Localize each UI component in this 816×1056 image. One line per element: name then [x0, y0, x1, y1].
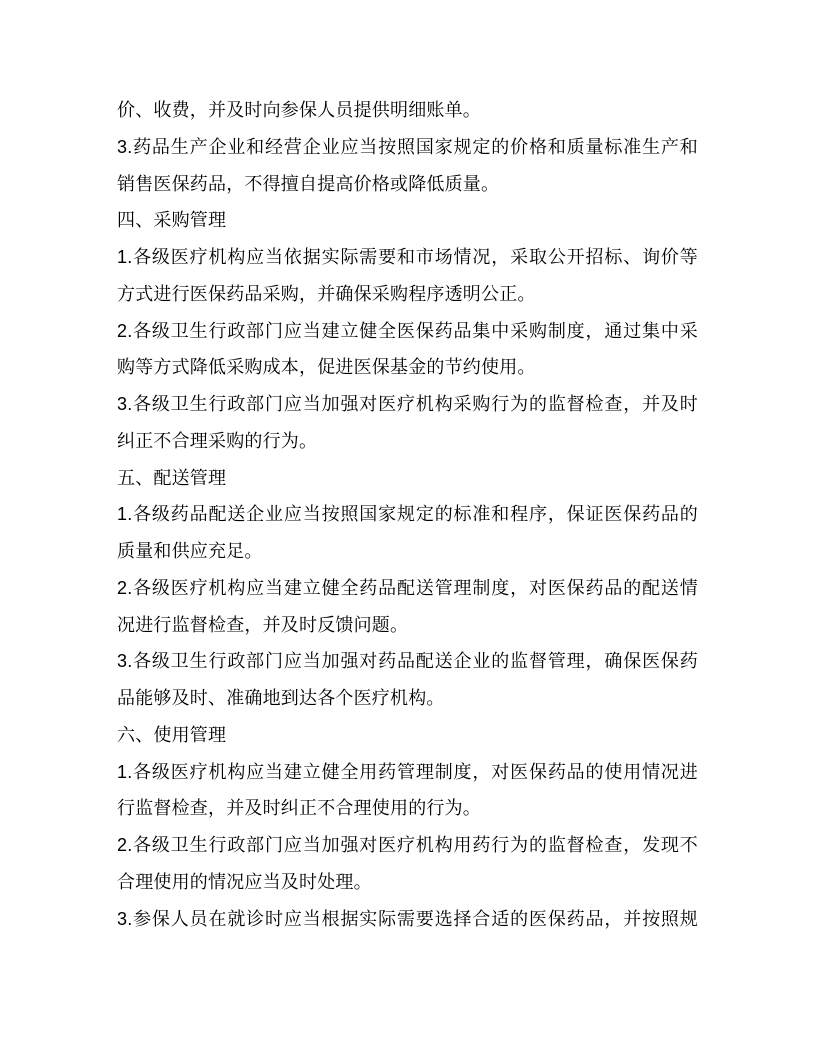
paragraph: 3.参保人员在就诊时应当根据实际需要选择合适的医保药品，并按照规 [117, 901, 698, 938]
text-line: 1.各级医疗机构应当建立健全用药管理制度，对医保药品的使用情况进 [117, 754, 698, 791]
text-line: 销售医保药品，不得擅自提高价格或降低质量。 [117, 166, 698, 203]
paragraph: 1.各级医疗机构应当建立健全用药管理制度，对医保药品的使用情况进行监督检查，并及… [117, 754, 698, 828]
text-line: 1.各级医疗机构应当依据实际需要和市场情况，采取公开招标、询价等 [117, 239, 698, 276]
text-line: 2.各级卫生行政部门应当建立健全医保药品集中采购制度，通过集中采 [117, 313, 698, 350]
text-line: 3.各级卫生行政部门应当加强对医疗机构采购行为的监督检查，并及时 [117, 386, 698, 423]
paragraph: 1.各级药品配送企业应当按照国家规定的标准和程序，保证医保药品的质量和供应充足。 [117, 496, 698, 570]
section-heading: 五、配送管理 [117, 460, 698, 497]
paragraph: 1.各级医疗机构应当依据实际需要和市场情况，采取公开招标、询价等方式进行医保药品… [117, 239, 698, 313]
paragraph: 3.各级卫生行政部门应当加强对药品配送企业的监督管理，确保医保药品能够及时、准确… [117, 643, 698, 717]
text-line: 3.参保人员在就诊时应当根据实际需要选择合适的医保药品，并按照规 [117, 901, 698, 938]
text-line: 2.各级卫生行政部门应当加强对医疗机构用药行为的监督检查，发现不 [117, 827, 698, 864]
text-line: 方式进行医保药品采购，并确保采购程序透明公正。 [117, 276, 698, 313]
paragraph: 2.各级医疗机构应当建立健全药品配送管理制度，对医保药品的配送情况进行监督检查，… [117, 570, 698, 644]
section-heading: 六、使用管理 [117, 717, 698, 754]
paragraph: 3.药品生产企业和经营企业应当按照国家规定的价格和质量标准生产和销售医保药品，不… [117, 129, 698, 203]
paragraph: 价、收费，并及时向参保人员提供明细账单。 [117, 92, 698, 129]
paragraph: 2.各级卫生行政部门应当建立健全医保药品集中采购制度，通过集中采购等方式降低采购… [117, 313, 698, 387]
text-line: 纠正不合理采购的行为。 [117, 423, 698, 460]
document-page: 价、收费，并及时向参保人员提供明细账单。3.药品生产企业和经营企业应当按照国家规… [0, 0, 816, 1056]
text-line: 3.药品生产企业和经营企业应当按照国家规定的价格和质量标准生产和 [117, 129, 698, 166]
text-line: 行监督检查，并及时纠正不合理使用的行为。 [117, 790, 698, 827]
text-line: 购等方式降低采购成本，促进医保基金的节约使用。 [117, 349, 698, 386]
text-line: 况进行监督检查，并及时反馈问题。 [117, 607, 698, 644]
document-body: 价、收费，并及时向参保人员提供明细账单。3.药品生产企业和经营企业应当按照国家规… [117, 92, 698, 937]
text-line: 六、使用管理 [117, 717, 698, 754]
text-line: 2.各级医疗机构应当建立健全药品配送管理制度，对医保药品的配送情 [117, 570, 698, 607]
text-line: 四、采购管理 [117, 202, 698, 239]
section-heading: 四、采购管理 [117, 202, 698, 239]
text-line: 1.各级药品配送企业应当按照国家规定的标准和程序，保证医保药品的 [117, 496, 698, 533]
text-line: 合理使用的情况应当及时处理。 [117, 864, 698, 901]
text-line: 3.各级卫生行政部门应当加强对药品配送企业的监督管理，确保医保药 [117, 643, 698, 680]
text-line: 品能够及时、准确地到达各个医疗机构。 [117, 680, 698, 717]
paragraph: 2.各级卫生行政部门应当加强对医疗机构用药行为的监督检查，发现不合理使用的情况应… [117, 827, 698, 901]
text-line: 价、收费，并及时向参保人员提供明细账单。 [117, 92, 698, 129]
text-line: 质量和供应充足。 [117, 533, 698, 570]
paragraph: 3.各级卫生行政部门应当加强对医疗机构采购行为的监督检查，并及时纠正不合理采购的… [117, 386, 698, 460]
text-line: 五、配送管理 [117, 460, 698, 497]
